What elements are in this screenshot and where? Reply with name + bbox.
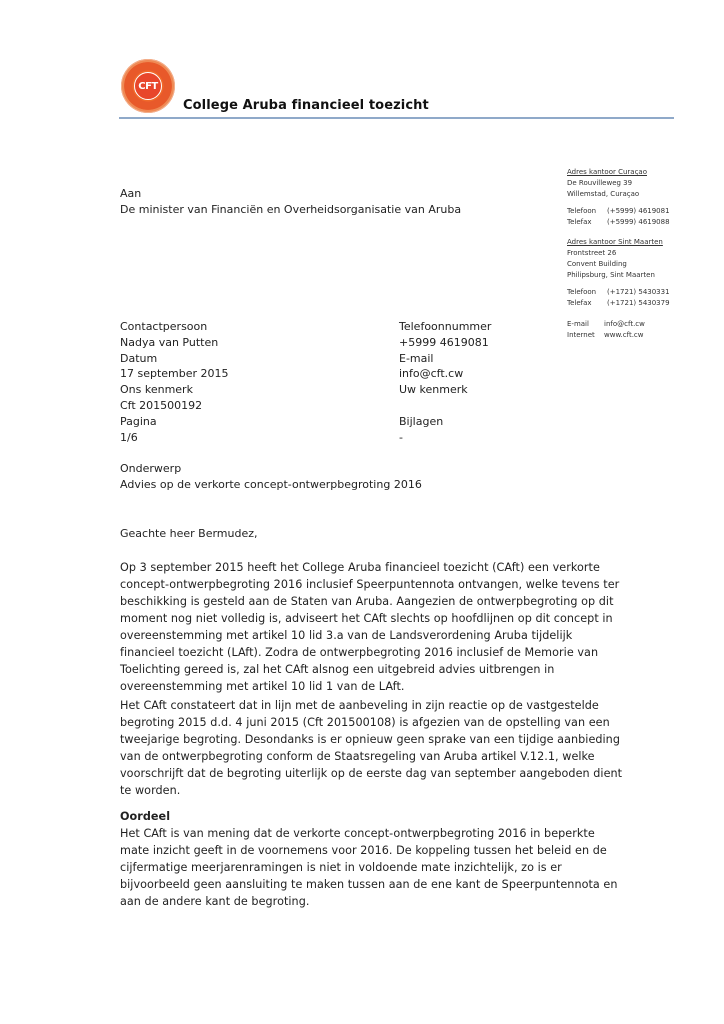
section-heading: Oordeel xyxy=(120,808,640,825)
cft-logo: CFT xyxy=(121,59,175,113)
contact-value: Nadya van Putten xyxy=(120,335,229,351)
contact-label: Contactpersoon xyxy=(120,319,229,335)
office-curacao-phone: Telefoon (+5999) 4619081 xyxy=(567,206,670,217)
office-curacao-fax: Telefax (+5999) 4619088 xyxy=(567,217,670,228)
office-curacao: Adres kantoor Curaçao De Rouvilleweg 39 … xyxy=(567,167,670,228)
recipient-name: De minister van Financiën en Overheidsor… xyxy=(120,202,461,218)
email-value[interactable]: info@cft.cw xyxy=(399,366,491,382)
your-ref-value xyxy=(399,398,491,414)
office-sxm-title: Adres kantoor Sint Maarten xyxy=(567,237,670,248)
header-divider xyxy=(119,117,674,119)
office-sxm-city: Philipsburg, Sint Maarten xyxy=(567,270,670,281)
office-curacao-street: De Rouvilleweg 39 xyxy=(567,178,670,189)
date-label: Datum xyxy=(120,351,229,367)
your-ref-label: Uw kenmerk xyxy=(399,382,491,398)
office-internet: Internet www.cft.cw xyxy=(567,330,670,341)
subject-block: Onderwerp Advies op de verkorte concept-… xyxy=(120,461,422,493)
attachments-label: Bijlagen xyxy=(399,414,491,430)
subject-label: Onderwerp xyxy=(120,461,422,477)
office-website-link[interactable]: www.cft.cw xyxy=(604,330,644,341)
phone-value: +5999 4619081 xyxy=(399,335,491,351)
page-value: 1/6 xyxy=(120,430,229,446)
meta-right: Telefoonnummer +5999 4619081 E-mail info… xyxy=(399,319,491,445)
recipient-block: Aan De minister van Financiën en Overhei… xyxy=(120,186,461,218)
cft-logo-mark: CFT xyxy=(134,72,162,100)
recipient-label: Aan xyxy=(120,186,461,202)
organization-name: College Aruba financieel toezicht xyxy=(183,98,429,113)
paragraph-2: Het CAft constateert dat in lijn met de … xyxy=(120,697,640,799)
phone-label: Telefoonnummer xyxy=(399,319,491,335)
office-sxm-street: Frontstreet 26 xyxy=(567,248,670,259)
our-ref-label: Ons kenmerk xyxy=(120,382,229,398)
office-sint-maarten: Adres kantoor Sint Maarten Frontstreet 2… xyxy=(567,237,670,341)
section-oordeel: Oordeel Het CAft is van mening dat de ve… xyxy=(120,808,640,910)
paragraph-1: Op 3 september 2015 heeft het College Ar… xyxy=(120,559,640,695)
our-ref-value: Cft 201500192 xyxy=(120,398,229,414)
meta-left: Contactpersoon Nadya van Putten Datum 17… xyxy=(120,319,229,445)
salutation: Geachte heer Bermudez, xyxy=(120,526,258,542)
office-sxm-building: Convent Building xyxy=(567,259,670,270)
attachments-value: - xyxy=(399,430,491,446)
email-label: E-mail xyxy=(399,351,491,367)
office-curacao-city: Willemstad, Curaçao xyxy=(567,189,670,200)
office-email: E-mail info@cft.cw xyxy=(567,319,670,330)
office-sxm-fax: Telefax (+1721) 5430379 xyxy=(567,298,670,309)
subject-text: Advies op de verkorte concept-ontwerpbeg… xyxy=(120,477,422,493)
office-email-link[interactable]: info@cft.cw xyxy=(604,319,645,330)
office-curacao-title: Adres kantoor Curaçao xyxy=(567,167,670,178)
date-value: 17 september 2015 xyxy=(120,366,229,382)
page-label: Pagina xyxy=(120,414,229,430)
office-sxm-phone: Telefoon (+1721) 5430331 xyxy=(567,287,670,298)
